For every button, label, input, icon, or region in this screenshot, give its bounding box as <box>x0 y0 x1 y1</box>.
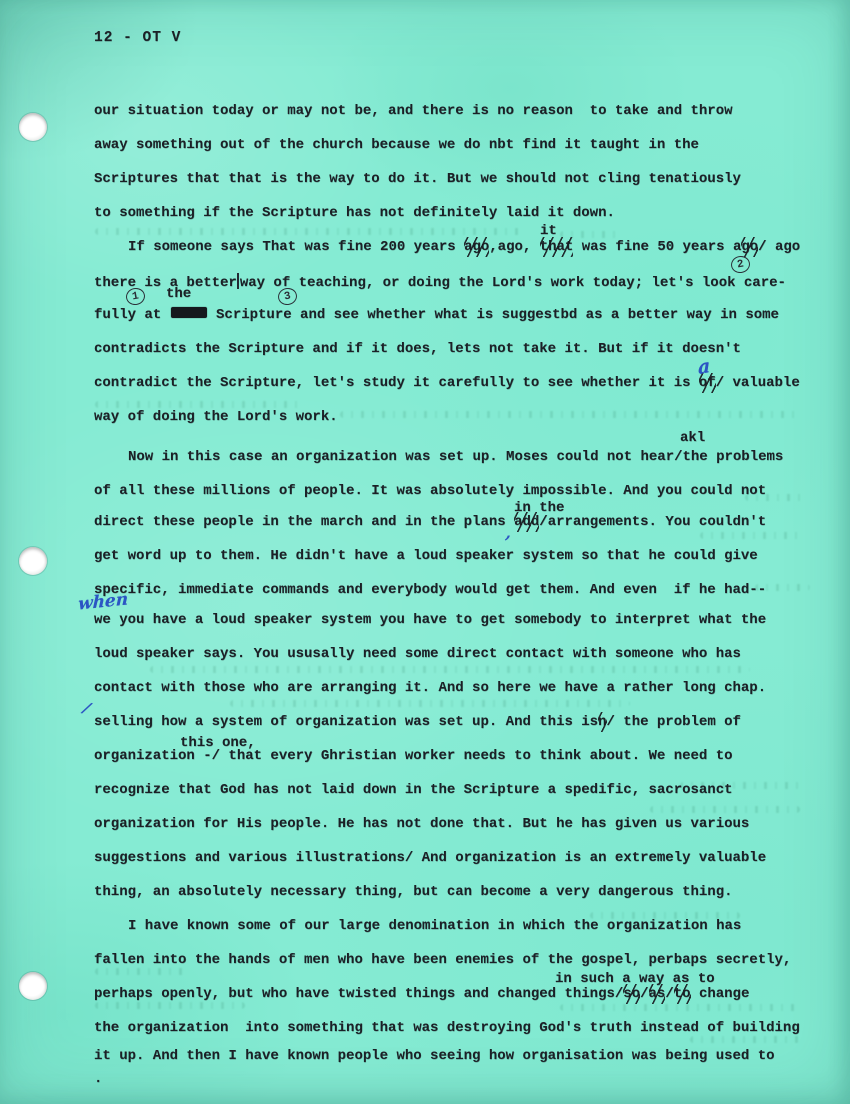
document-page: 12 - OT V our situation today or may not… <box>0 0 850 1104</box>
struck-out-text: as <box>649 986 666 1003</box>
typed-line: to something if the Scripture has not de… <box>94 205 615 222</box>
typed-line: I have known some of our large denominat… <box>128 918 741 935</box>
struck-out-text: go <box>741 239 758 256</box>
typed-insertion: akl <box>680 430 705 447</box>
handwritten-correction: , <box>505 524 513 542</box>
typed-line: contradict the Scripture, let's study it… <box>94 375 800 392</box>
typed-line: contact with those who are arranging it.… <box>94 680 766 697</box>
punch-hole <box>19 113 47 141</box>
typed-line: there is a betterway of teaching, or doi… <box>94 273 786 292</box>
blacked-out-word <box>171 307 207 318</box>
typed-line: our situation today or may not be, and t… <box>94 103 733 120</box>
typed-line: If someone says That was fine 200 years … <box>128 239 800 256</box>
typed-line: we you have a loud speaker system you ha… <box>94 612 766 629</box>
bleedthrough-smudge <box>95 401 305 408</box>
typed-line: specific, immediate commands and everybo… <box>94 582 766 599</box>
struck-out-text: n <box>598 714 606 731</box>
bleedthrough-smudge <box>340 411 800 418</box>
typed-line: suggestions and various illustrations/ A… <box>94 850 766 867</box>
handwritten-correction: a <box>698 355 711 379</box>
typed-line: get word up to them. He didn't have a lo… <box>94 548 758 565</box>
typed-line: away something out of the church because… <box>94 137 699 154</box>
typed-line: thing, an absolutely necessary thing, bu… <box>94 884 733 901</box>
typed-line: contradicts the Scripture and if it does… <box>94 341 741 358</box>
typed-line: way of doing the Lord's work. <box>94 409 338 426</box>
typed-line: Scriptures that that is the way to do it… <box>94 171 741 188</box>
bleedthrough-smudge <box>95 1002 245 1009</box>
typed-insertion: the <box>166 286 191 303</box>
struck-out-text: to <box>674 986 691 1003</box>
handwritten-correction: / <box>81 699 93 717</box>
typed-line: fallen into the hands of men who have be… <box>94 952 791 969</box>
struck-out-text: so <box>623 986 640 1003</box>
punch-hole <box>19 972 47 1000</box>
bleedthrough-smudge <box>700 532 805 539</box>
page-number-header: 12 - OT V <box>94 30 181 46</box>
bleedthrough-smudge <box>95 228 525 235</box>
struck-out-text: ago <box>464 239 489 256</box>
typed-line: perhaps openly, but who have twisted thi… <box>94 986 749 1003</box>
bleedthrough-smudge <box>95 968 185 975</box>
typed-line: recognize that God has not laid down in … <box>94 782 733 799</box>
typed-line: the organization into something that was… <box>94 1020 800 1037</box>
struck-out-text: that <box>540 239 574 256</box>
punch-hole <box>19 547 47 575</box>
bleedthrough-smudge <box>560 1004 800 1011</box>
bleedthrough-smudge <box>650 806 800 813</box>
bleedthrough-smudge <box>230 700 630 707</box>
typed-line: organization -/ that every Ghristian wor… <box>94 748 733 765</box>
typed-line: direct these people in the march and in … <box>94 514 766 531</box>
typed-line: it up. And then I have known people who … <box>94 1048 775 1065</box>
typed-line: Now in this case an organization was set… <box>128 449 783 466</box>
bleedthrough-smudge <box>690 1036 800 1043</box>
typed-line: loud speaker says. You ususally need som… <box>94 646 741 663</box>
circled-number-annotation: 2 <box>730 254 752 274</box>
typed-line: fully at Scripture and see whether what … <box>94 307 779 324</box>
struck-out-text: add <box>514 514 539 531</box>
bleedthrough-smudge <box>150 666 750 673</box>
typed-line: organization for His people. He has not … <box>94 816 749 833</box>
typed-line: . <box>94 1071 102 1088</box>
typed-line: selling how a system of organization was… <box>94 714 741 731</box>
handwritten-correction: when <box>78 589 129 614</box>
typed-line: of all these millions of people. It was … <box>94 483 766 500</box>
